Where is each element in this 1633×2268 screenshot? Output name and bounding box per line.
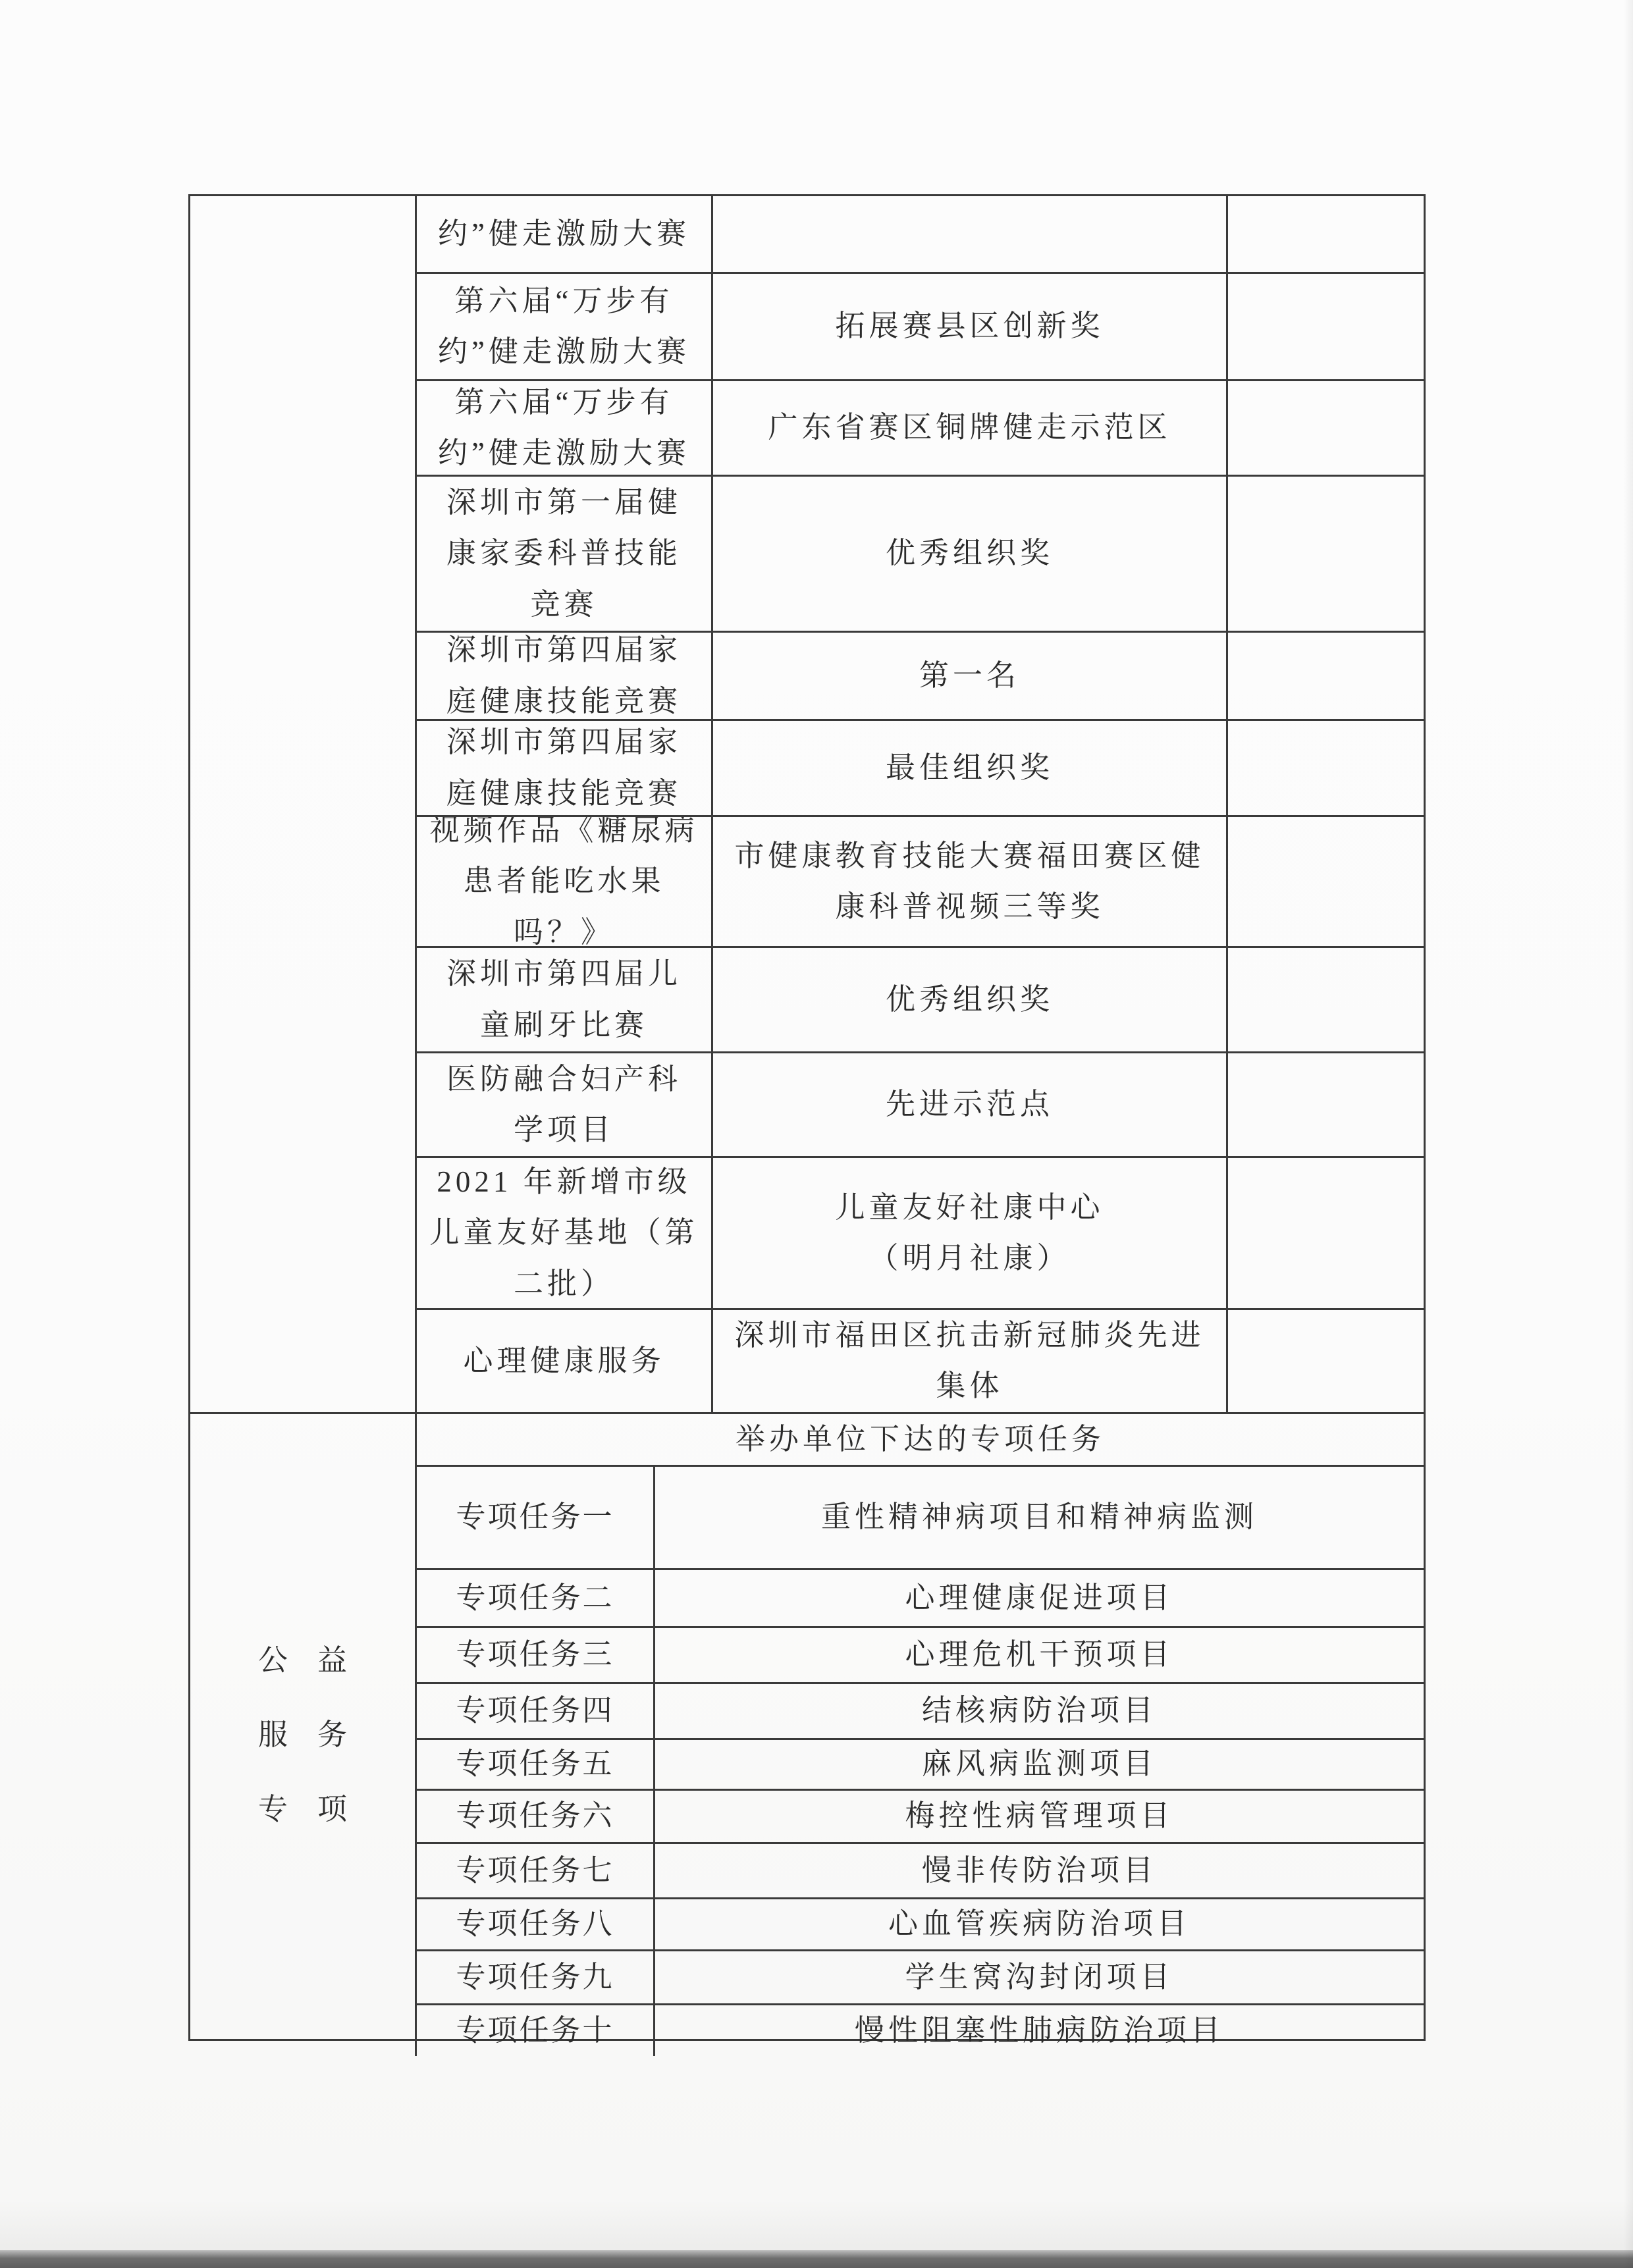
tasks-header-cell: 举办单位下达的专项任务 bbox=[417, 1414, 1424, 1465]
award-title-cell: 儿童友好社康中心 （明月社康） bbox=[713, 1158, 1228, 1308]
empty-cell bbox=[1228, 1053, 1424, 1156]
tasks-header-row: 举办单位下达的专项任务 bbox=[417, 1414, 1424, 1467]
award-title-cell: 优秀组织奖 bbox=[713, 948, 1228, 1051]
award-name-cell: 心理健康服务 bbox=[417, 1310, 713, 1412]
awards-section: 约”健走激励大赛 第六届“万步有 约”健走激励大赛 拓展赛县区创新奖 第六届“万… bbox=[190, 196, 1424, 1414]
empty-cell bbox=[1228, 274, 1424, 379]
task-label-cell: 专项任务六 bbox=[417, 1791, 655, 1842]
task-description-cell: 学生窝沟封闭项目 bbox=[655, 1951, 1424, 2003]
award-title-cell: 深圳市福田区抗击新冠肺炎先进 集体 bbox=[713, 1310, 1228, 1412]
table-row: 深圳市第一届健 康家委科普技能 竞赛 优秀组织奖 bbox=[417, 477, 1424, 633]
scanner-edge-strip bbox=[0, 2250, 1633, 2268]
task-label-cell: 专项任务七 bbox=[417, 1844, 655, 1897]
table-row: 专项任务七 慢非传防治项目 bbox=[417, 1844, 1424, 1899]
award-name-cell: 深圳市第一届健 康家委科普技能 竞赛 bbox=[417, 477, 713, 631]
award-name-cell: 2021 年新增市级 儿童友好基地（第 二批） bbox=[417, 1158, 713, 1308]
section-label-cell: 公 益 服 务 专 项 bbox=[190, 1414, 417, 2056]
task-description-cell: 慢性阻塞性肺病防治项目 bbox=[655, 2005, 1424, 2056]
empty-cell bbox=[1228, 196, 1424, 272]
table-row: 专项任务四 结核病防治项目 bbox=[417, 1684, 1424, 1740]
awards-and-tasks-table: 约”健走激励大赛 第六届“万步有 约”健走激励大赛 拓展赛县区创新奖 第六届“万… bbox=[188, 194, 1426, 2041]
task-description-cell: 心理危机干预项目 bbox=[655, 1628, 1424, 1682]
table-row: 专项任务一 重性精神病项目和精神病监测 bbox=[417, 1467, 1424, 1570]
task-description-cell: 重性精神病项目和精神病监测 bbox=[655, 1467, 1424, 1568]
award-name-cell: 第六届“万步有 约”健走激励大赛 bbox=[417, 381, 713, 475]
table-row: 第六届“万步有 约”健走激励大赛 广东省赛区铜牌健走示范区 bbox=[417, 381, 1424, 477]
task-label-cell: 专项任务十 bbox=[417, 2005, 655, 2056]
table-row: 深圳市第四届儿 童刷牙比赛 优秀组织奖 bbox=[417, 948, 1424, 1053]
section-label-line: 服 务 bbox=[258, 1720, 347, 1750]
table-row: 医防融合妇产科 学项目 先进示范点 bbox=[417, 1053, 1424, 1158]
task-label-cell: 专项任务九 bbox=[417, 1951, 655, 2003]
table-row: 专项任务二 心理健康促进项目 bbox=[417, 1570, 1424, 1628]
task-description-cell: 梅控性病管理项目 bbox=[655, 1791, 1424, 1842]
award-title-cell: 广东省赛区铜牌健走示范区 bbox=[713, 381, 1228, 475]
task-description-cell: 慢非传防治项目 bbox=[655, 1844, 1424, 1897]
task-description-cell: 心血管疾病防治项目 bbox=[655, 1899, 1424, 1949]
award-name-cell: 医防融合妇产科 学项目 bbox=[417, 1053, 713, 1156]
task-label-cell: 专项任务一 bbox=[417, 1467, 655, 1568]
task-label-cell: 专项任务三 bbox=[417, 1628, 655, 1682]
award-title-cell: 最佳组织奖 bbox=[713, 721, 1228, 815]
table-row: 约”健走激励大赛 bbox=[417, 196, 1424, 274]
table-row: 心理健康服务 深圳市福田区抗击新冠肺炎先进 集体 bbox=[417, 1310, 1424, 1412]
award-title-cell: 先进示范点 bbox=[713, 1053, 1228, 1156]
award-name-cell: 视频作品《糖尿病 患者能吃水果 吗？》 bbox=[417, 817, 713, 946]
table-row: 2021 年新增市级 儿童友好基地（第 二批） 儿童友好社康中心 （明月社康） bbox=[417, 1158, 1424, 1310]
empty-cell bbox=[1228, 1158, 1424, 1308]
empty-cell bbox=[1228, 817, 1424, 946]
task-label-cell: 专项任务四 bbox=[417, 1684, 655, 1738]
award-title-cell: 拓展赛县区创新奖 bbox=[713, 274, 1228, 379]
table-row: 深圳市第四届家 庭健康技能竞赛 第一名 bbox=[417, 633, 1424, 721]
award-name-cell: 第六届“万步有 约”健走激励大赛 bbox=[417, 274, 713, 379]
task-label-cell: 专项任务五 bbox=[417, 1740, 655, 1789]
award-title-cell: 第一名 bbox=[713, 633, 1228, 719]
table-row: 专项任务十 慢性阻塞性肺病防治项目 bbox=[417, 2005, 1424, 2056]
section-label-line: 专 项 bbox=[258, 1795, 347, 1824]
awards-section-side-cell bbox=[190, 196, 417, 1412]
task-description-cell: 麻风病监测项目 bbox=[655, 1740, 1424, 1789]
table-row: 专项任务三 心理危机干预项目 bbox=[417, 1628, 1424, 1684]
award-name-cell: 深圳市第四届家 庭健康技能竞赛 bbox=[417, 721, 713, 815]
task-description-cell: 心理健康促进项目 bbox=[655, 1570, 1424, 1626]
table-row: 专项任务五 麻风病监测项目 bbox=[417, 1740, 1424, 1791]
empty-cell bbox=[1228, 477, 1424, 631]
empty-cell bbox=[1228, 948, 1424, 1051]
table-row: 深圳市第四届家 庭健康技能竞赛 最佳组织奖 bbox=[417, 721, 1424, 817]
award-title-cell: 优秀组织奖 bbox=[713, 477, 1228, 631]
task-description-cell: 结核病防治项目 bbox=[655, 1684, 1424, 1738]
table-row: 第六届“万步有 约”健走激励大赛 拓展赛县区创新奖 bbox=[417, 274, 1424, 381]
empty-cell bbox=[1228, 381, 1424, 475]
scanned-page: 约”健走激励大赛 第六届“万步有 约”健走激励大赛 拓展赛县区创新奖 第六届“万… bbox=[0, 0, 1633, 2268]
empty-cell bbox=[1228, 721, 1424, 815]
task-rows: 举办单位下达的专项任务 专项任务一 重性精神病项目和精神病监测 专项任务二 心理… bbox=[417, 1414, 1424, 2056]
table-row: 视频作品《糖尿病 患者能吃水果 吗？》 市健康教育技能大赛福田赛区健 康科普视频… bbox=[417, 817, 1424, 948]
award-title-cell bbox=[713, 196, 1228, 272]
award-name-cell: 深圳市第四届儿 童刷牙比赛 bbox=[417, 948, 713, 1051]
task-label-cell: 专项任务八 bbox=[417, 1899, 655, 1949]
table-row: 专项任务八 心血管疾病防治项目 bbox=[417, 1899, 1424, 1951]
award-name-cell: 深圳市第四届家 庭健康技能竞赛 bbox=[417, 633, 713, 719]
table-row: 专项任务六 梅控性病管理项目 bbox=[417, 1791, 1424, 1844]
section-label-line: 公 益 bbox=[258, 1646, 347, 1675]
table-row: 专项任务九 学生窝沟封闭项目 bbox=[417, 1951, 1424, 2005]
award-name-cell: 约”健走激励大赛 bbox=[417, 196, 713, 272]
task-label-cell: 专项任务二 bbox=[417, 1570, 655, 1626]
special-tasks-section: 公 益 服 务 专 项 举办单位下达的专项任务 专项任务一 重性精神病项目和精神… bbox=[190, 1414, 1424, 2056]
awards-rows: 约”健走激励大赛 第六届“万步有 约”健走激励大赛 拓展赛县区创新奖 第六届“万… bbox=[417, 196, 1424, 1412]
empty-cell bbox=[1228, 633, 1424, 719]
empty-cell bbox=[1228, 1310, 1424, 1412]
award-title-cell: 市健康教育技能大赛福田赛区健 康科普视频三等奖 bbox=[713, 817, 1228, 946]
